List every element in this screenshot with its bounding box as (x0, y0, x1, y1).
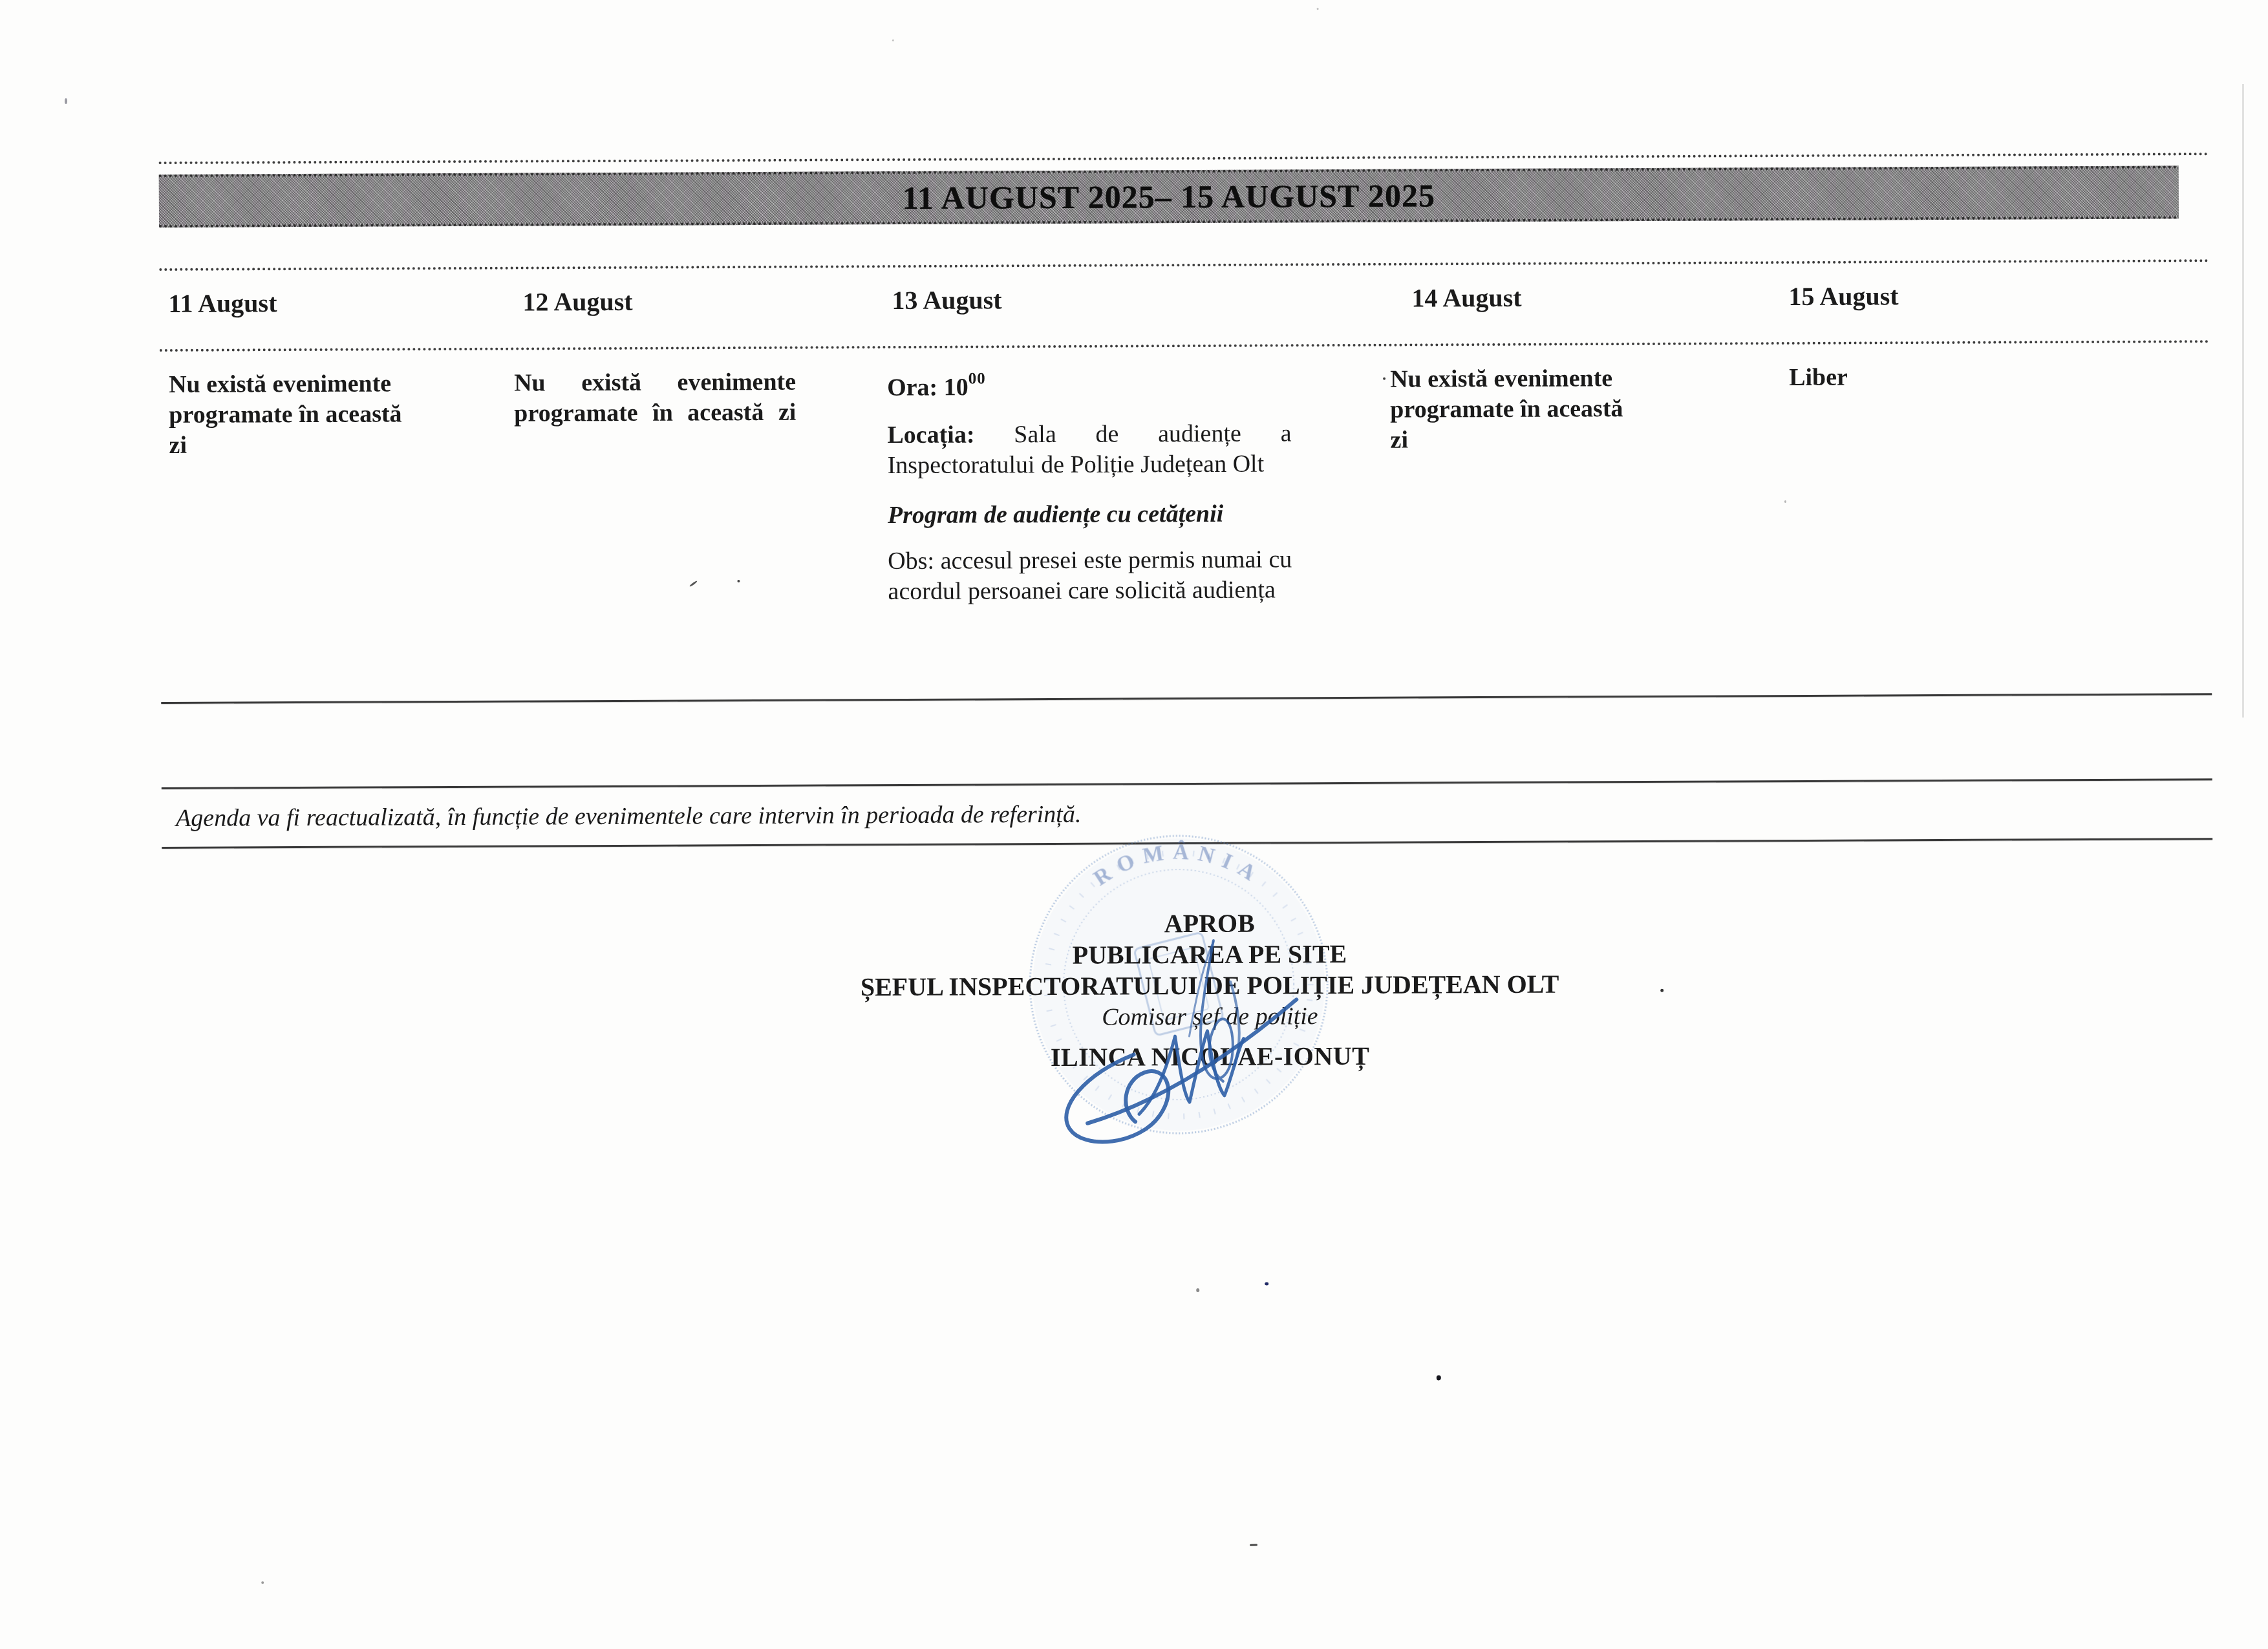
event-observation: Obs: accesul presei este permis numai cu… (888, 544, 1292, 607)
day-cell-11-august: Nu există evenimente programate în aceas… (169, 368, 415, 461)
event-location: Locația: Sala de audiențe a Inspectoratu… (887, 418, 1291, 481)
day-cell-15-august: Liber (1789, 363, 1848, 393)
day-header-14-august: 14 August (1411, 282, 1521, 314)
scan-speck (1317, 8, 1319, 10)
scan-speck (1784, 500, 1786, 503)
event-program-title: Program de audiențe cu cetățenii (888, 498, 1292, 531)
day-cell-13-august: Ora: 1000 Locația: Sala de audiențe a In… (887, 365, 1292, 606)
scanned-page: { "banner": { "title": "11 AUGUST 2025– … (0, 0, 2268, 1649)
scan-speck (737, 580, 740, 582)
scan-speck (1383, 378, 1385, 380)
event-location-label: Locația: (887, 421, 974, 449)
scan-speck (1660, 989, 1664, 992)
divider-above-day-headers (159, 259, 2210, 271)
scan-speck (65, 98, 67, 104)
page-edge-shadow (2242, 84, 2244, 718)
day-header-12-august: 12 August (522, 286, 632, 317)
week-banner: 11 AUGUST 2025– 15 AUGUST 2025 (159, 165, 2179, 228)
divider-above-banner (159, 153, 2210, 164)
day-header-13-august: 13 August (892, 284, 1001, 315)
day-cell-14-august: Nu există evenimente programate în aceas… (1390, 363, 1636, 456)
day-cell-12-august: Nu există evenimente programate în aceas… (514, 367, 796, 429)
divider-note-top (162, 778, 2212, 789)
scan-speck (1196, 1288, 1199, 1292)
event-time: Ora: 1000 (887, 365, 1291, 403)
event-time-label: Ora: 10 (887, 374, 968, 401)
scan-speck (261, 1581, 264, 1584)
week-banner-title: 11 AUGUST 2025– 15 AUGUST 2025 (903, 176, 1435, 217)
document-content: 11 AUGUST 2025– 15 AUGUST 2025 11 August… (158, 0, 2216, 1649)
divider-table-bottom (161, 693, 2212, 704)
scan-speck (1265, 1282, 1268, 1286)
scan-speck (1437, 1375, 1441, 1380)
day-header-11-august: 11 August (168, 288, 277, 319)
signature-scribble (1022, 919, 1476, 1166)
scan-speck (689, 580, 698, 588)
day-header-15-august: 15 August (1788, 281, 1898, 312)
scan-speck (892, 39, 894, 41)
divider-below-day-headers (160, 340, 2210, 352)
scan-speck (1250, 1544, 1257, 1546)
event-time-superscript: 00 (968, 370, 986, 387)
